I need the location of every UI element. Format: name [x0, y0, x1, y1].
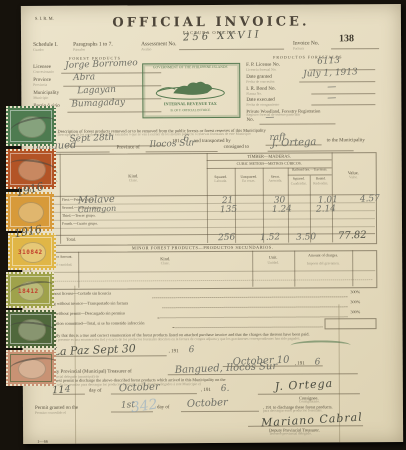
consigned-to-label: consigned to: [224, 145, 249, 151]
arrival-year-printed: , 191: [201, 388, 211, 394]
group-row-label-4: Fourth.—Cuarto grupo.: [62, 222, 98, 227]
province-of-value: Ilocos Sur: [149, 139, 195, 150]
stamp-serial-number: 310842: [18, 249, 43, 256]
assessment-sublabel: Avalúo: [141, 48, 151, 52]
paragraphs-sublabel: Párrafos: [73, 49, 85, 53]
page-title: OFFICIAL INVOICE.: [101, 14, 321, 30]
assessment-value: 256 XXVII: [183, 30, 262, 43]
fp-license-value: 6113: [317, 57, 340, 67]
row2-charge: 2.14: [316, 205, 336, 215]
dotted-leader: [157, 315, 347, 318]
minor-charges-header: Amount of charges.: [294, 253, 352, 258]
date-granted-value: July 1, 1913: [303, 68, 358, 79]
form-corner-ref: S. I. R. M.: [35, 16, 54, 21]
barrio-value: Bumagaday: [71, 99, 125, 110]
carabao-plow-icon: [143, 73, 237, 101]
total-value: 77.82: [338, 231, 367, 242]
total-charge: 3.50: [296, 233, 316, 243]
rule-line: [111, 393, 197, 394]
arrival-day-of-label: day of: [89, 389, 102, 395]
document-photo: S. I. R. M. OFFICIAL INVOICE. FACTURA OF…: [0, 0, 406, 450]
squared-column-subheader: Labrada.: [207, 180, 235, 184]
kind-column-subheader: Clase.: [60, 179, 207, 183]
revenue-stamp-bottom-text: B. OF F. OFFICIAL INVOICE: [144, 109, 236, 113]
province-sublabel: Provincia: [33, 84, 47, 88]
row1-value: 4.57: [360, 195, 380, 205]
consigned-to-value: J. Ortega: [271, 138, 316, 150]
municipality-value: Lagayan: [77, 86, 116, 97]
province-value: Abra: [73, 73, 95, 83]
dotted-leader: [162, 305, 347, 308]
rule-line: [37, 355, 167, 357]
minor-unit-subheader: Unidad.: [252, 262, 294, 266]
stamp-cancel-mark-3: 11: [52, 386, 65, 396]
total-ties: 1.52: [260, 233, 280, 243]
rule-line: [179, 49, 284, 51]
sawn-column-subheader: Aserrada.: [263, 180, 288, 184]
rule-line: [311, 104, 375, 105]
rule-line: [311, 93, 375, 94]
total-volume: 256: [218, 234, 236, 244]
arrival-year-handwritten: 6.: [221, 385, 230, 394]
column-divider: [352, 250, 353, 286]
province-of-label: Province of: [117, 145, 140, 151]
ir-bond-sublabel: Fianza No.: [246, 93, 262, 97]
penalty-row-3-value: 300%: [350, 310, 360, 315]
ties-group-header: Railroad ties.—Traviesas.: [288, 168, 332, 172]
private-woodland-value: —: [265, 114, 274, 123]
certification-year-printed: , 191: [169, 349, 179, 355]
minor-charges-subheader: Importe del gravamen.: [294, 262, 352, 266]
row2-kind: Camagon: [78, 205, 117, 215]
schedule-sublabel: Cuadro: [33, 49, 44, 53]
blue-pencil-annotation: 342: [130, 398, 158, 416]
licensee-value: Jorge Borromeo: [65, 59, 138, 71]
permit-granted-sublabel: Permiso concedido el: [35, 412, 66, 416]
total-row-label: Total.: [66, 237, 76, 242]
dotted-leader: [152, 295, 347, 298]
ties-squared-subheader: Cuadradas.: [288, 182, 310, 186]
permit-day-of-label: day of: [157, 405, 170, 411]
ties-round-subheader: Redondas.: [310, 182, 332, 186]
licensee-sublabel: Concesionario: [33, 71, 54, 75]
invoice-paper: S. I. R. M. OFFICIAL INVOICE. FACTURA OF…: [21, 4, 403, 444]
rule-line: [259, 123, 335, 124]
fold-crease: [74, 286, 76, 444]
value-column-subheader: Valor.: [332, 176, 375, 180]
date-executed-value: —: [327, 94, 336, 103]
invoice-number-sublabel: Factura: [293, 48, 304, 52]
to-municipality-label: to the Municipality: [327, 138, 365, 144]
green-stamp-mark: [291, 340, 351, 350]
timber-group-header: TIMBER—MADERAS.: [207, 153, 332, 159]
penalty-row-2-value: 300%: [350, 300, 360, 305]
revenue-stamp-top-text: GOVERNMENT OF THE PHILIPPINE ISLANDS: [144, 66, 236, 70]
private-woodland-no-label: No.: [246, 118, 253, 124]
invoice-number-value: 138: [339, 33, 354, 45]
revenue-stamp-middle-text: INTERNAL REVENUE TAX: [144, 102, 236, 107]
municipality-sublabel: Municipio: [33, 97, 48, 101]
form-number: 1—66: [37, 439, 48, 444]
rule-line: [331, 48, 379, 49]
rule-line: [168, 373, 358, 375]
row2-ties: 1.24: [272, 205, 292, 215]
penalty-row-1-value: 300%: [350, 290, 360, 295]
rule-line: [299, 81, 375, 82]
permit-month-value: October: [187, 398, 228, 410]
ir-bond-value: —: [327, 83, 336, 92]
date-executed-sublabel: Fecha de otorgamiento: [246, 104, 279, 108]
certification-year-handwritten: 6: [188, 346, 194, 355]
treasurer-signature-sublabel: Tesorero provincial delegado.: [269, 432, 312, 436]
fp-license-sublabel: Licencia forestal No.: [246, 69, 276, 73]
dotted-leader: [173, 325, 323, 328]
rule-line: [181, 411, 259, 412]
internal-revenue-stamp: GOVERNMENT OF THE PHILIPPINE ISLANDS INT…: [142, 63, 240, 119]
cubic-meters-header: CUBIC METERS—METROS CÚBICOS.: [207, 161, 332, 166]
date-granted-sublabel: Fecha de concesión: [246, 81, 274, 85]
consignee-signature: J. Ortega: [275, 377, 334, 393]
row2-volume: 135: [220, 206, 238, 216]
unsquared-column-subheader: En tozas.: [235, 180, 263, 184]
penalty-total-box: [324, 318, 376, 329]
